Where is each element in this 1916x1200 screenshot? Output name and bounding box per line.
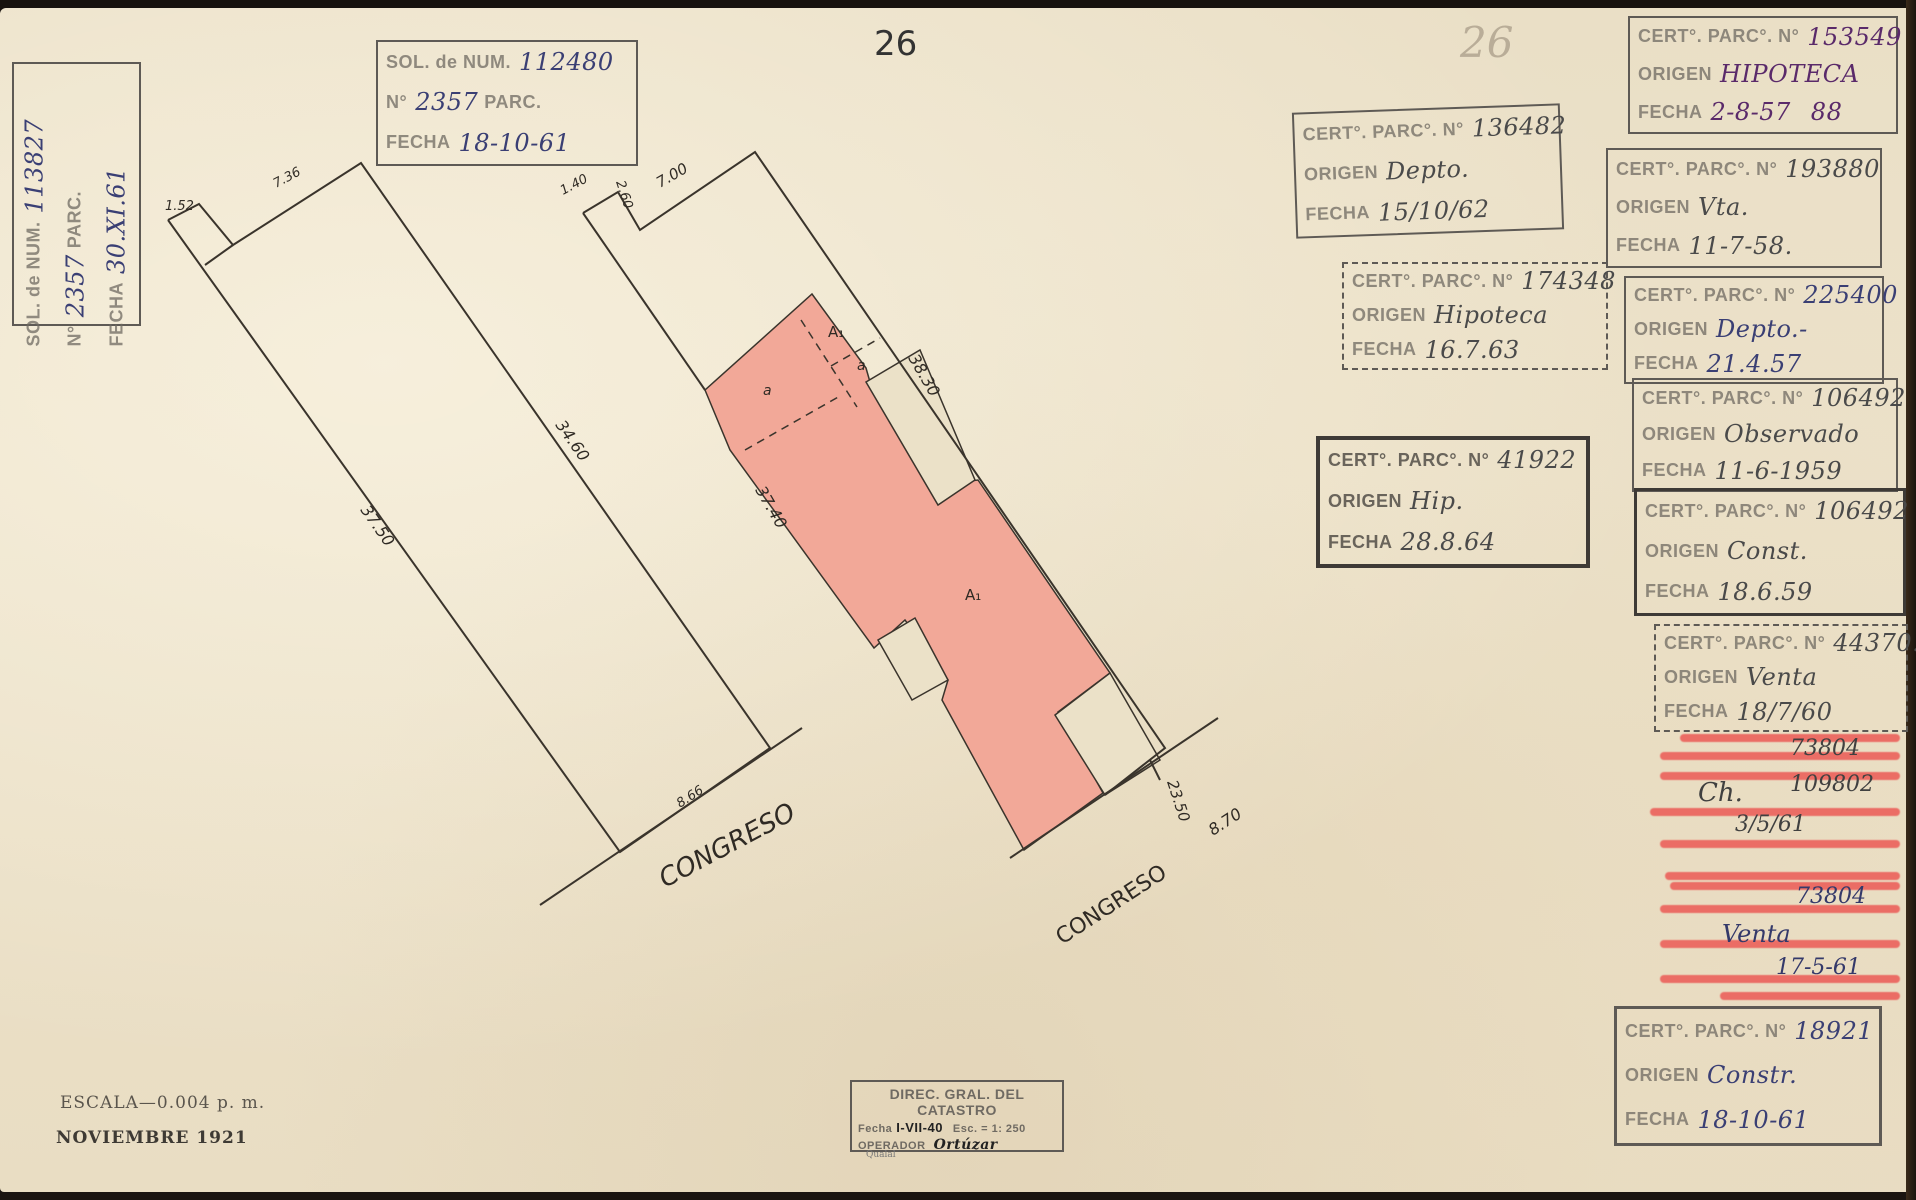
red-entry-1-num2: 109802 [1790, 772, 1874, 797]
lot-label-a1: A₁ [828, 323, 844, 341]
red-entry-2-origen: Venta [1722, 920, 1791, 948]
red-entry-2-fecha: 17-5-61 [1776, 955, 1861, 980]
cert-stamp-193880: CERT°. PARC°. N°193880 ORIGENVta. FECHA1… [1606, 148, 1882, 268]
left-lot-outline [168, 163, 770, 852]
sol-stamp-top: SOL. de NUM.112480 N°2357PARC. FECHA18-1… [376, 40, 638, 166]
cert-stamp-41922: CERT°. PARC°. N°41922 ORIGENHip. FECHA28… [1316, 436, 1590, 568]
cert-stamp-18921: CERT°. PARC°. N°18921 ORIGENConstr. FECH… [1614, 1006, 1882, 1146]
catastro-operador: Ortúzar [934, 1137, 998, 1153]
dim-right-side-front: 23.50 [1163, 778, 1193, 824]
catastro-sub: Qualal [866, 1150, 896, 1160]
dim-left-jog: 1.52 [165, 199, 194, 214]
dim-right-jog-a: 1.40 [558, 172, 591, 199]
lot-label-a-left: a [763, 383, 772, 399]
dim-right-jog-b: 2.60 [612, 179, 635, 211]
scale-label: ESCALA—0.004 p. m. [60, 1093, 265, 1113]
dim-right-back: 7.00 [653, 159, 691, 191]
catastro-title: DIREC. GRAL. DEL CATASTRO [852, 1082, 1062, 1118]
red-entry-1-extra: Ch. [1698, 778, 1743, 808]
catastro-fecha: I-VII-40 [896, 1120, 943, 1135]
lot-label-main: A₁ [965, 586, 981, 604]
red-entry-1-num: 73804 [1790, 736, 1860, 761]
dim-left-side-right: 34.60 [552, 416, 594, 464]
red-entry-1-fecha: 3/5/61 [1735, 812, 1806, 837]
dim-left-back: 7.36 [271, 165, 304, 192]
cert-stamp-136482: CERT°. PARC°. N°136482 ORIGENDepto. FECH… [1292, 103, 1564, 238]
cert-stamp-106492-a: CERT°. PARC°. N°106492 ORIGENObservado F… [1632, 378, 1898, 492]
catastro-stamp: DIREC. GRAL. DEL CATASTRO Fecha I-VII-40… [850, 1080, 1064, 1152]
street-label-right: CONGRESO [1052, 860, 1172, 950]
cert-stamp-44370: CERT°. PARC°. N°44370. ORIGENVenta FECHA… [1654, 624, 1908, 732]
cert-stamp-225400: CERT°. PARC°. N°225400 ORIGENDepto.- FEC… [1624, 276, 1884, 384]
date-label: NOVIEMBRE 1921 [56, 1128, 248, 1148]
dim-left-side-left: 37.50 [357, 501, 399, 549]
red-entry-2-num: 73804 [1796, 884, 1866, 909]
lot-label-a-right: a [857, 358, 866, 374]
sol-stamp-vertical: SOL. de NUM.113827 N°2357PARC. FECHA30.X… [12, 62, 141, 326]
cert-stamp-174348: CERT°. PARC°. N°174348 ORIGENHipoteca FE… [1342, 262, 1608, 370]
cert-stamp-106492-b: CERT°. PARC°. N°106492 ORIGENConst. FECH… [1634, 488, 1906, 616]
dim-right-front: 8.70 [1205, 804, 1245, 839]
dim-left-front: 8.66 [674, 783, 706, 811]
cert-stamp-153549: CERT°. PARC°. N°153549 ORIGENHIPOTECA FE… [1628, 16, 1898, 134]
